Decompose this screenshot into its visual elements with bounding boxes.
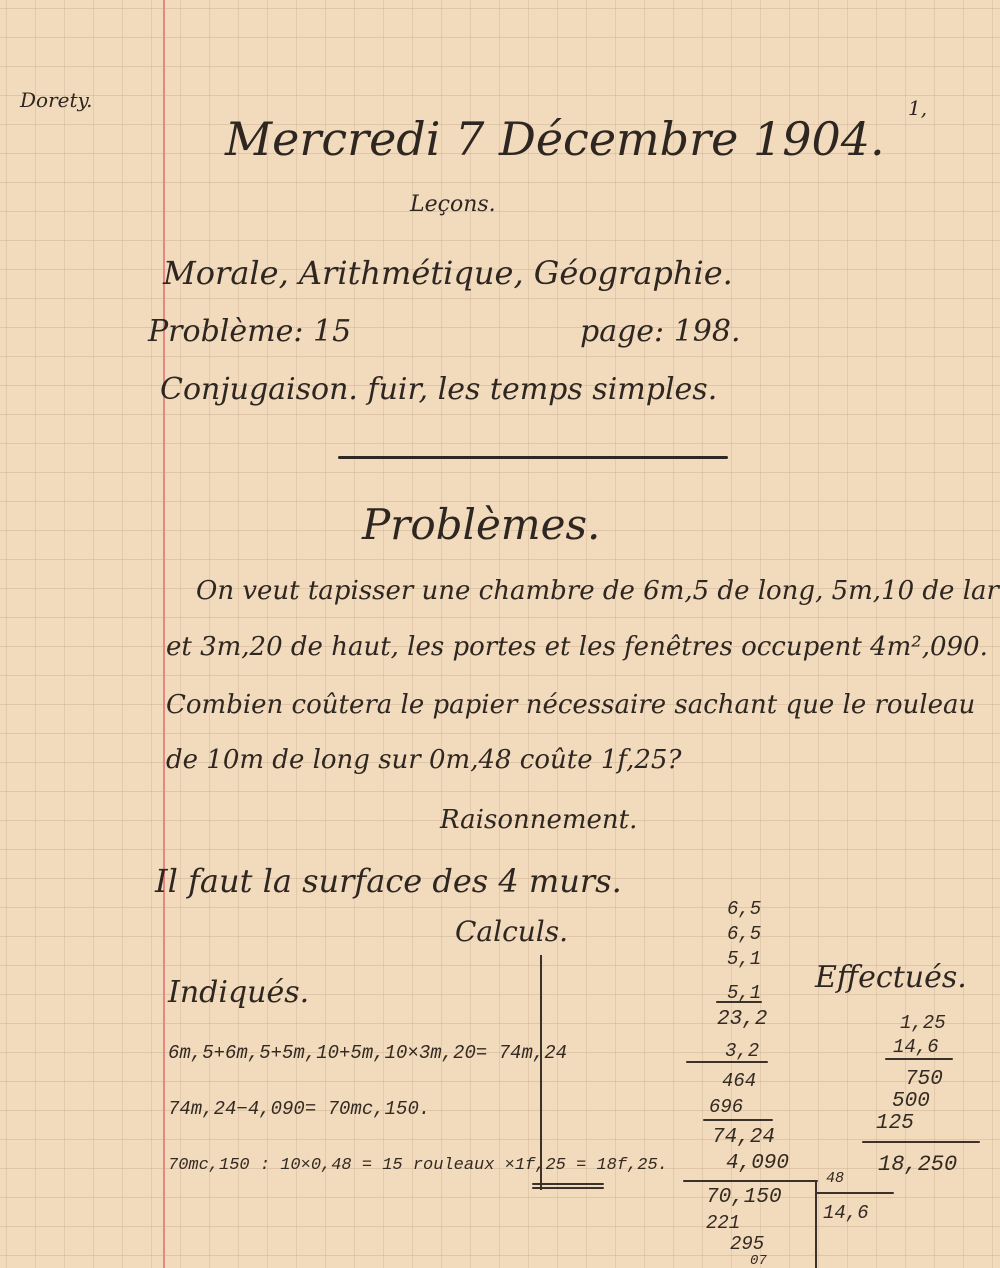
problem-number: Problème: 15 (148, 314, 351, 349)
reasoning-text: Il faut la surface des 4 murs. (155, 862, 622, 900)
indicated-heading: Indiqués. (168, 975, 309, 1010)
subtract: 4,090 (726, 1152, 789, 1175)
subtract-rule (683, 1180, 818, 1182)
quotient: 14,6 (823, 1202, 869, 1224)
product-rule (703, 1119, 773, 1121)
add-3: 5,1 (727, 948, 761, 970)
add-2: 6,5 (727, 923, 761, 945)
price-total: 18,250 (878, 1152, 957, 1177)
remainder-1: 221 (706, 1212, 740, 1234)
price-a: 1,25 (900, 1012, 946, 1034)
dividend: 70,150 (706, 1186, 782, 1209)
price-b: 14,6 (893, 1036, 939, 1058)
indicated-line-3: 70mc,150 : 10×0,48 = 15 rouleaux ×1f,25 … (168, 1156, 668, 1175)
effected-heading: Effectués. (815, 960, 967, 995)
problem-line-3: Combien coûtera le papier nécessaire sac… (166, 690, 975, 720)
price-partial-2: 500 (892, 1090, 930, 1113)
conjugation: Conjugaison. fuir, les temps simples. (160, 372, 717, 407)
indicated-line-2: 74m,24−4,090= 70mc,150. (168, 1098, 430, 1120)
page-marker: 1, (908, 96, 927, 120)
result-underline (532, 1183, 604, 1185)
column-divider (540, 955, 542, 1190)
remainder-3: 07 (750, 1253, 767, 1268)
section-divider (338, 456, 728, 459)
remainder-2: 295 (730, 1233, 764, 1255)
divisor-rule (816, 1192, 894, 1194)
multiplier: 3,2 (725, 1040, 759, 1062)
result-underline-2 (532, 1187, 604, 1189)
lessons-heading: Leçons. (410, 192, 496, 217)
student-name: Dorety. (20, 88, 93, 112)
date-title: Mercredi 7 Décembre 1904. (225, 112, 885, 166)
price-total-rule (862, 1141, 980, 1143)
problem-line-2: et 3m,20 de haut, les portes et les fenê… (166, 632, 988, 662)
reasoning-heading: Raisonnement. (440, 805, 637, 835)
price-rule (885, 1058, 953, 1060)
calculs-heading: Calculs. (455, 915, 568, 948)
problems-title: Problèmes. (362, 500, 600, 549)
problem-line-4: de 10m de long sur 0m,48 coûte 1f,25? (166, 745, 681, 775)
add-rule (716, 1001, 762, 1003)
add-1: 6,5 (727, 898, 761, 920)
mult-rule (686, 1061, 768, 1063)
divisor: 48 (826, 1170, 844, 1187)
page-number: page: 198. (580, 314, 741, 349)
price-partial-3: 125 (876, 1112, 914, 1135)
problem-line-1: On veut tapisser une chambre de 6m,5 de … (196, 576, 1000, 606)
indicated-line-1: 6m,5+6m,5+5m,10+5m,10×3m,20= 74m,24 (168, 1042, 567, 1064)
partial-1: 464 (722, 1070, 756, 1092)
add-sum: 23,2 (717, 1008, 767, 1031)
product: 74,24 (712, 1126, 775, 1149)
margin-line (163, 0, 165, 1268)
lessons-list: Morale, Arithmétique, Géographie. (163, 254, 733, 292)
price-partial-1: 750 (905, 1068, 943, 1091)
partial-2: 696 (709, 1096, 743, 1118)
